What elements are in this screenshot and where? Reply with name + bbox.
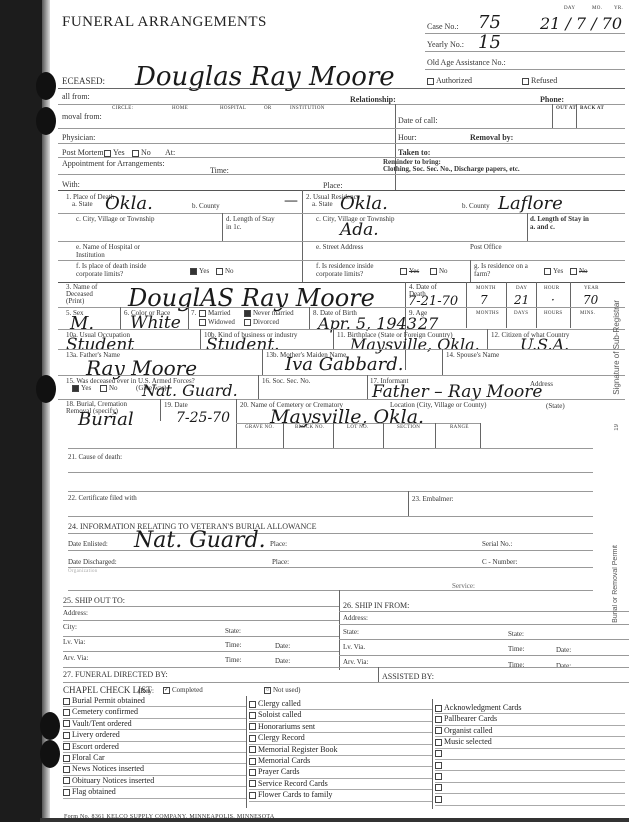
punch-hole <box>36 72 56 100</box>
ship-in-address-label: Address: <box>343 614 368 622</box>
yr-label: YR. <box>614 6 623 11</box>
checked-checkbox-icon <box>72 385 79 392</box>
checkbox-icon <box>63 766 70 773</box>
ship-in-state-label: State: <box>343 628 359 636</box>
checklist-item-label: Soloist called <box>258 710 301 719</box>
res-state-value[interactable]: Okla. <box>340 193 388 214</box>
checklist-item-label: Clergy called <box>258 699 301 708</box>
checklist-item-label: Clergy Record <box>258 733 305 742</box>
rule <box>425 69 625 70</box>
checklist-item[interactable]: Organist called <box>435 726 625 737</box>
divider <box>552 104 553 128</box>
divider <box>258 375 259 399</box>
ship-out-lv-date-label: Date: <box>275 642 290 650</box>
divider <box>378 667 379 682</box>
res-county-label: b. County <box>462 202 490 210</box>
ship-in-state2-label: State: <box>508 630 524 638</box>
not-used-label: Not used) <box>273 686 300 694</box>
ship-in-lv-date-label: Date: <box>556 646 571 654</box>
removal-from-label: moval from: <box>62 112 102 121</box>
checklist-item-label: Escort ordered <box>72 742 119 751</box>
date-value[interactable]: 21 / 7 / 70 <box>540 14 622 33</box>
res-corporate-label: f. Is residence inside corporate limits? <box>316 262 396 278</box>
checklist-item-label: Flag obtained <box>72 787 116 796</box>
divider <box>283 423 284 449</box>
citizen-value[interactable]: U.S.A. <box>520 335 569 354</box>
ship-in-label: 26. SHIP IN FROM: <box>343 601 409 610</box>
divider <box>200 329 201 349</box>
dod-hour[interactable]: · <box>551 293 555 307</box>
checkbox-icon <box>435 762 442 769</box>
checkbox-icon <box>63 789 70 796</box>
checklist-item[interactable]: Pallbearer Cards <box>435 714 625 725</box>
rule <box>63 651 339 652</box>
authorized-label: Authorized <box>436 76 472 85</box>
rule <box>58 174 625 175</box>
hours-label: HOURS <box>544 311 562 316</box>
married-label: Married <box>208 309 231 317</box>
yearly-no-label: Yearly No.: <box>427 40 464 49</box>
rule <box>58 143 625 144</box>
checkbox-icon <box>435 739 442 746</box>
divorced-checkbox[interactable]: Divorced <box>244 318 279 326</box>
certificate-label: 22. Certificate filed with <box>68 495 148 502</box>
yes-label: Yes <box>113 148 125 157</box>
punch-hole <box>36 375 56 403</box>
checklist-item[interactable]: Memorial Cards <box>249 756 433 767</box>
spouse-label: 14. Spouse's Name <box>446 351 499 359</box>
rule <box>68 448 593 449</box>
divider <box>302 190 303 282</box>
rule <box>58 157 625 158</box>
embalmer-label: 23. Embalmer: <box>412 495 454 503</box>
checkbox-icon <box>249 712 256 719</box>
color-value[interactable]: White <box>130 313 181 333</box>
divider <box>383 423 384 449</box>
hospital-name-label: e. Name of Hospital or Institution <box>76 243 156 259</box>
checklist-item[interactable]: Livery ordered <box>63 730 247 741</box>
assisted-by-label: ASSISTED BY: <box>382 672 434 681</box>
divider <box>120 307 121 329</box>
death-corporate-label: f. Is place of death inside corporate li… <box>76 262 166 278</box>
rule <box>63 606 339 607</box>
checkbox-icon <box>427 78 434 85</box>
enlisted-place-label: Place: <box>270 540 287 548</box>
checklist-item[interactable]: Acknowledgment Cards <box>435 703 625 714</box>
ship-out-lv-via-label: Lv. Via: <box>63 638 85 646</box>
divider <box>480 423 481 449</box>
divider <box>470 260 471 282</box>
no-label: No <box>109 384 118 392</box>
rule <box>339 639 629 640</box>
divider <box>435 423 436 449</box>
res-city-value[interactable]: Ada. <box>340 220 379 240</box>
checkbox-icon <box>199 319 206 326</box>
checklist-item-label: Pallbearer Cards <box>444 714 497 723</box>
checkbox-icon <box>63 720 70 727</box>
checklist-item-label: Music selected <box>444 737 492 746</box>
rule <box>63 682 629 683</box>
checkbox-icon <box>249 758 256 765</box>
death-city-label: c. City, Village or Township <box>76 215 154 223</box>
rule <box>68 550 593 551</box>
divider <box>333 329 334 349</box>
armed-no[interactable]: No <box>100 384 118 392</box>
checkbox-icon <box>244 319 251 326</box>
armed-value[interactable]: Nat. Guard. <box>142 381 238 400</box>
at-label: At: <box>165 148 175 157</box>
res-state-label: a. State <box>312 200 333 208</box>
lot-no-label: LOT NO. <box>347 425 368 430</box>
no-label: No <box>225 267 234 275</box>
institution-option[interactable]: INSTITUTION <box>290 106 325 111</box>
res-corporate-yes[interactable]: Yes <box>400 267 419 275</box>
key-label: (Key: <box>138 687 154 695</box>
post-mortem-no[interactable]: No <box>132 148 151 157</box>
dod-year[interactable]: 70 <box>583 293 598 307</box>
divider <box>309 307 310 329</box>
refused-label: Refused <box>531 76 557 85</box>
with-label: With: <box>62 180 80 189</box>
authorized-checkbox[interactable]: Authorized <box>427 76 472 85</box>
service-label: Service: <box>452 582 475 590</box>
checklist-item[interactable]: Vault/Tent ordered <box>63 719 247 730</box>
ship-out-label: 25. SHIP OUT TO: <box>63 596 125 605</box>
checklist-item[interactable]: Obituary Notices inserted <box>63 776 247 787</box>
rule <box>302 241 625 242</box>
yearly-no-value[interactable]: 15 <box>478 32 501 53</box>
checklist-item[interactable] <box>435 783 625 794</box>
old-age-label: Old Age Assistance No.: <box>427 58 506 67</box>
never-married-label: Never married <box>253 309 294 317</box>
divider <box>570 282 571 328</box>
rule <box>58 375 625 376</box>
dod-month[interactable]: 7 <box>480 293 488 307</box>
rule <box>58 190 625 191</box>
never-married-checkbox[interactable]: Never married <box>244 309 294 317</box>
checkbox-icon <box>104 150 111 157</box>
checkbox-icon <box>570 268 577 275</box>
divider <box>442 349 443 375</box>
checkbox-icon <box>435 773 442 780</box>
location-state-label: (State) <box>546 402 565 410</box>
rule <box>58 349 625 350</box>
checklist-item[interactable]: News Notices inserted <box>63 764 247 775</box>
burial-permit-label: Burial or Removal Permit <box>612 545 629 623</box>
ssn-label: 16. Soc. Sec. No. <box>262 377 310 385</box>
relationship-label: Relationship: <box>350 95 396 104</box>
rule <box>63 667 629 668</box>
res-length-label: d. Length of Stay in a. and c. <box>530 215 590 231</box>
rule <box>302 260 625 261</box>
rule <box>63 636 339 637</box>
divider <box>506 282 507 328</box>
checklist-column-2: Clergy called Soloist called Honorariums… <box>249 699 433 802</box>
checkbox-icon <box>63 777 70 784</box>
checklist-column-1: Burial Permit obtained Cemetery confirme… <box>63 696 247 799</box>
month-label: MONTH <box>476 286 496 291</box>
checked-checkbox-icon <box>244 310 251 317</box>
checklist-item[interactable]: Clergy called <box>249 699 433 710</box>
key-completed: ✓Completed <box>163 686 203 694</box>
punch-hole <box>40 712 60 740</box>
rule <box>58 213 302 214</box>
checklist-item-label: Floral Car <box>72 753 105 762</box>
divider <box>367 375 368 399</box>
farm-label: g. Is residence on a farm? <box>474 262 534 278</box>
checklist-item[interactable]: Burial Permit obtained <box>63 696 247 707</box>
day-label: DAY <box>516 286 527 291</box>
dod-day[interactable]: 21 <box>514 293 529 307</box>
home-option[interactable]: HOME <box>172 106 188 111</box>
married-checkbox[interactable]: Married <box>199 309 231 317</box>
deceased-label: ECEASED: <box>62 76 105 86</box>
circle-icon: ○ <box>264 687 271 694</box>
checklist-item-label: Vault/Tent ordered <box>72 719 132 728</box>
check-icon: ✓ <box>163 687 170 694</box>
checklist-item[interactable]: Music selected <box>435 737 625 748</box>
res-county-value[interactable]: Laflore <box>498 193 563 214</box>
checkbox-icon <box>249 769 256 776</box>
checkbox-icon <box>249 701 256 708</box>
checklist-item-label: News Notices inserted <box>72 764 144 773</box>
rule <box>339 611 629 612</box>
res-corporate-no[interactable]: No <box>430 267 448 275</box>
hour-label: Hour: <box>398 133 417 142</box>
checklist-item-label: Honorariums sent <box>258 722 315 731</box>
divider <box>262 349 263 375</box>
rule <box>58 104 625 105</box>
post-mortem-yes[interactable]: Yes <box>104 148 125 157</box>
ship-out-arv-via-label: Arv. Via: <box>63 654 88 662</box>
checklist-item-label: Livery ordered <box>72 730 120 739</box>
death-county-value[interactable]: — <box>284 193 298 209</box>
checkbox-icon <box>249 723 256 730</box>
refused-checkbox[interactable]: Refused <box>522 76 557 85</box>
divider <box>246 696 247 808</box>
checkbox-icon <box>100 385 107 392</box>
rule <box>425 33 625 34</box>
checklist-item[interactable]: Honorariums sent <box>249 722 433 733</box>
checkbox-icon <box>199 310 206 317</box>
phone-label: Phone: <box>540 95 564 104</box>
checked-checkbox-icon <box>190 268 197 275</box>
divider <box>487 329 488 349</box>
yes-label: Yes <box>409 267 419 275</box>
divider <box>395 104 396 190</box>
cause-label: 21. Cause of death: <box>68 453 122 461</box>
widowed-label: Widowed <box>208 318 235 326</box>
checklist-item-label: Obituary Notices inserted <box>72 776 154 785</box>
checklist-item[interactable] <box>435 749 625 760</box>
checklist-item[interactable]: Clergy Record <box>249 733 433 744</box>
divider <box>408 491 409 516</box>
divider <box>222 213 223 241</box>
or-label: OR <box>264 106 272 111</box>
rule <box>58 329 625 330</box>
post-mortem-label: Post Mortem: <box>62 148 106 157</box>
checkbox-icon <box>249 735 256 742</box>
divider <box>236 399 237 449</box>
rule <box>58 128 625 129</box>
checkbox-icon <box>435 727 442 734</box>
checklist-item[interactable]: Service Record Cards <box>249 779 433 790</box>
rule <box>302 213 625 214</box>
place-label: Place: <box>323 181 343 190</box>
divider <box>339 590 340 670</box>
ship-in-arv-date-label: Date: <box>556 662 571 670</box>
burial-value[interactable]: Burial <box>78 409 134 430</box>
checkbox-icon <box>400 268 407 275</box>
sub-registrar-signature-label: Signature of Sub-Registrar <box>612 300 621 395</box>
rule <box>58 88 625 89</box>
checklist-item[interactable] <box>435 771 625 782</box>
rule <box>68 491 593 492</box>
mo-label: MO. <box>592 6 602 11</box>
call-from-label: all from: <box>62 92 90 101</box>
checkbox-icon <box>435 796 442 803</box>
widowed-checkbox[interactable]: Widowed <box>199 318 235 326</box>
directed-by-label: 27. FUNERAL DIRECTED BY: <box>63 670 168 679</box>
checklist-item[interactable]: Memorial Register Book <box>249 745 433 756</box>
hospital-option[interactable]: HOSPITAL <box>220 106 246 111</box>
date-of-call-label: Date of call: <box>398 116 438 125</box>
day-label: DAY <box>564 6 575 11</box>
removal-by-label: Removal by: <box>470 133 513 142</box>
no-label: No <box>439 267 448 275</box>
physician-label: Physician: <box>62 133 95 142</box>
checkbox-icon <box>435 784 442 791</box>
checkbox-icon <box>63 709 70 716</box>
farm-yes[interactable]: Yes <box>544 267 563 275</box>
ship-in-lv-time-label: Time: <box>508 645 524 653</box>
checkbox-icon <box>249 746 256 753</box>
checklist-item-label: Organist called <box>444 726 493 735</box>
back-at-label: BACK AT <box>580 106 604 111</box>
checkbox-icon <box>63 743 70 750</box>
checklist-item[interactable]: Prayer Cards <box>249 767 433 778</box>
appointment-label: Appointment for Arrangements: <box>62 159 165 168</box>
out-at-label: OUT AT <box>556 106 576 111</box>
death-corporate-yes[interactable]: Yes <box>190 267 209 275</box>
circle-label: CIRCLE: <box>112 106 133 111</box>
checklist-item[interactable]: Flower Cards to family <box>249 790 433 801</box>
checklist-item[interactable]: Floral Car <box>63 753 247 764</box>
burial-date-value[interactable]: 7-25-70 <box>176 410 230 426</box>
marital-label: 7. <box>191 309 196 317</box>
grave-no-label: GRAVE NO. <box>245 425 274 430</box>
checklist-item[interactable]: Flag obtained <box>63 787 247 798</box>
checklist-item-label: Burial Permit obtained <box>72 696 145 705</box>
yes-label: Yes <box>81 384 91 392</box>
ship-out-city-label: City: <box>63 623 77 631</box>
death-length-label: d. Length of Stay in 1c. <box>226 215 276 231</box>
death-state-value[interactable]: Okla. <box>105 193 153 214</box>
divider <box>536 282 537 328</box>
divider <box>188 307 189 329</box>
reminder-items: Clothing, Soc. Sec. No., Discharge paper… <box>383 165 520 173</box>
checkbox-icon <box>435 705 442 712</box>
checklist-item[interactable]: Soloist called <box>249 710 433 721</box>
checkbox-icon <box>63 698 70 705</box>
post-office-label: Post Office <box>470 243 502 251</box>
street-address-label: e. Street Address <box>316 243 363 251</box>
hour-label: HOUR <box>544 286 559 291</box>
ship-out-arv-date-label: Date: <box>275 657 290 665</box>
checkbox-icon <box>249 780 256 787</box>
no-label: No <box>579 267 588 275</box>
ship-in-lv-via-label: Lv. Via. <box>343 643 365 651</box>
checklist-item-label: Service Record Cards <box>258 779 328 788</box>
range-label: RANGE <box>450 425 469 430</box>
checklist-item-label: Memorial Register Book <box>258 745 338 754</box>
divider <box>160 399 161 421</box>
divider <box>333 423 334 449</box>
ship-out-arv-time-label: Time: <box>225 656 241 664</box>
checklist-item[interactable] <box>435 760 625 771</box>
margin-number: 19 <box>614 424 620 431</box>
serial-no-label: Serial No.: <box>482 540 512 548</box>
key-not-used: ○Not used) <box>264 686 300 694</box>
divider <box>432 699 433 809</box>
c-number-label: C - Number: <box>482 558 517 566</box>
date-discharged-label: Date Discharged: <box>68 558 117 566</box>
case-no-value[interactable]: 75 <box>478 12 501 33</box>
rule <box>236 423 480 424</box>
year-label: YEAR <box>584 286 599 291</box>
checklist-column-3: Acknowledgment Cards Pallbearer Cards Or… <box>435 703 625 806</box>
discharged-place-label: Place: <box>272 558 289 566</box>
block-no-label: BLOCK NO. <box>295 425 324 430</box>
divorced-label: Divorced <box>253 318 279 326</box>
checklist-item-label: Cemetery confirmed <box>72 707 138 716</box>
checkbox-icon <box>430 268 437 275</box>
rule <box>58 399 625 400</box>
rule <box>68 516 593 517</box>
rule <box>68 472 593 473</box>
divider <box>466 282 467 328</box>
organization-label: Organization <box>68 569 98 574</box>
form-title: FUNERAL ARRANGEMENTS <box>62 14 267 31</box>
punch-hole <box>40 740 60 768</box>
case-no-label: Case No.: <box>427 22 459 31</box>
armed-yes[interactable]: Yes <box>72 384 91 392</box>
checkbox-icon <box>216 268 223 275</box>
section-label: SECTION <box>397 425 420 430</box>
ship-in-arv-via-label: Arv. Via: <box>343 658 368 666</box>
checkbox-icon <box>435 716 442 723</box>
checkbox-icon <box>63 732 70 739</box>
rule <box>68 567 593 568</box>
mother-value[interactable]: Iva Gabbard. <box>285 354 403 375</box>
checklist-item[interactable]: Escort ordered <box>63 742 247 753</box>
yes-label: Yes <box>199 267 209 275</box>
rule <box>58 307 625 308</box>
punch-hole <box>36 107 56 135</box>
rule <box>425 51 625 52</box>
checklist-item[interactable] <box>435 794 625 805</box>
checklist-item[interactable]: Cemetery confirmed <box>63 707 247 718</box>
divider <box>527 213 528 241</box>
months-label: MONTHS <box>476 311 499 316</box>
checkbox-icon <box>249 792 256 799</box>
rule <box>68 590 593 591</box>
death-corporate-no[interactable]: No <box>216 267 234 275</box>
farm-no[interactable]: No <box>570 267 588 275</box>
no-label: No <box>141 148 151 157</box>
checkbox-icon <box>132 150 139 157</box>
checklist-item-label: Acknowledgment Cards <box>444 703 522 712</box>
